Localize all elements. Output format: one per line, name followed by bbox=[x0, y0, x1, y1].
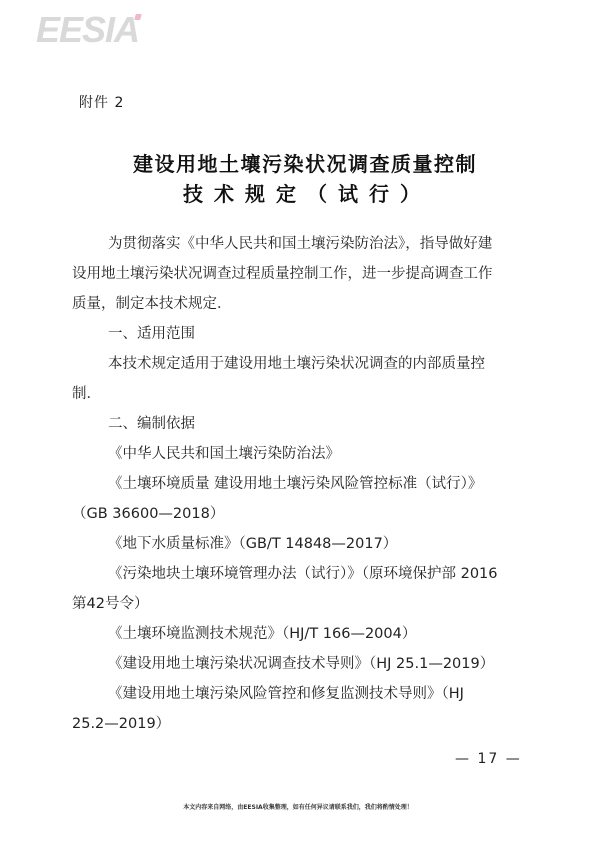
paragraph-line: 本技术规定适用于建设用地土壤污染状况调查的内部质量控 bbox=[108, 354, 485, 374]
paragraph-line: 为贯彻落实《中华人民共和国土壤污染防治法》，指导做好建 bbox=[108, 234, 492, 254]
reference-item: 《建设用地土壤污染风险管控和修复监测技术导则》（HJ bbox=[108, 684, 464, 704]
section-heading-scope: 一、适用范围 bbox=[108, 324, 195, 344]
section-heading-basis: 二、编制依据 bbox=[108, 414, 195, 434]
reference-item: 《土壤环境监测技术规范》（HJ/T 166—2004） bbox=[108, 624, 416, 644]
footer-disclaimer: 本文内容来自网络，由EESIA收集整理，如有任何异议请联系我们，我们将酌情处理！ bbox=[0, 803, 596, 813]
paragraph-line: 制． bbox=[72, 384, 101, 404]
reference-item: 《土壤环境质量 建设用地土壤污染风险管控标准（试行）》 bbox=[108, 474, 482, 494]
logo-accent-dot bbox=[134, 14, 142, 20]
document-title-line-2: 技术规定（试行） bbox=[183, 178, 431, 207]
logo-text: EESIA bbox=[36, 9, 139, 50]
reference-item: 《污染地块土壤环境管理办法（试行）》（原环境保护部 2016 bbox=[108, 564, 498, 584]
page-number: — 17 — bbox=[455, 749, 522, 769]
eesia-watermark-logo: EESIA bbox=[36, 10, 139, 50]
paragraph-line: 设用地土壤污染状况调查过程质量控制工作，进一步提高调查工作 bbox=[72, 264, 493, 284]
reference-item: 《地下水质量标准》（GB/T 14848—2017） bbox=[108, 534, 397, 554]
document-title-line-1: 建设用地土壤污染状况调查质量控制 bbox=[133, 148, 477, 177]
reference-item-continued: 25.2—2019） bbox=[72, 714, 170, 734]
reference-item: 《中华人民共和国土壤污染防治法》 bbox=[108, 444, 340, 464]
reference-item: 《建设用地土壤污染状况调查技术导则》（HJ 25.1—2019） bbox=[108, 654, 494, 674]
reference-item-continued: 第42号令） bbox=[72, 594, 148, 614]
reference-item-continued: （GB 36600—2018） bbox=[72, 504, 224, 524]
attachment-label: 附件 2 bbox=[79, 93, 124, 113]
paragraph-line: 质量，制定本技术规定． bbox=[72, 294, 232, 314]
